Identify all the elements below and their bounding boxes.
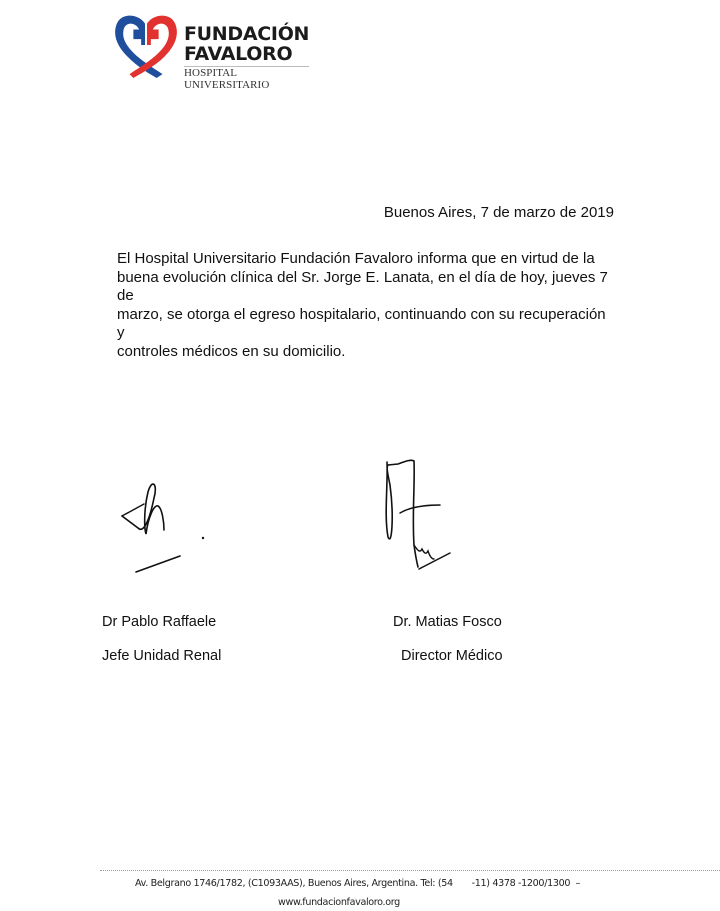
footer-address: Av. Belgrano 1746/1782, (C1093AAS), Buen… — [135, 878, 580, 889]
footer-website[interactable]: www.fundacionfavaloro.org — [0, 897, 720, 908]
signatory-title: Jefe Unidad Renal — [102, 648, 221, 664]
signature-raffaele — [110, 478, 220, 578]
signature-fosco — [370, 455, 480, 580]
signatory-title: Director Médico — [401, 648, 503, 664]
logo-name-line1: FUNDACIÓN — [184, 24, 309, 44]
letter-body: El Hospital Universitario Fundación Fava… — [117, 250, 617, 361]
logo-subtitle: HOSPITAL UNIVERSITARIO — [184, 67, 322, 91]
logo: FUNDACIÓN FAVALORO HOSPITAL UNIVERSITARI… — [112, 10, 322, 82]
signatory-name: Dr Pablo Raffaele — [102, 614, 216, 630]
signatory-name: Dr. Matias Fosco — [393, 614, 502, 630]
logo-name-line2: FAVALORO — [184, 44, 292, 64]
heart-cross-icon — [112, 10, 180, 80]
footer-divider — [100, 870, 720, 871]
letter-date: Buenos Aires, 7 de marzo de 2019 — [384, 204, 614, 221]
